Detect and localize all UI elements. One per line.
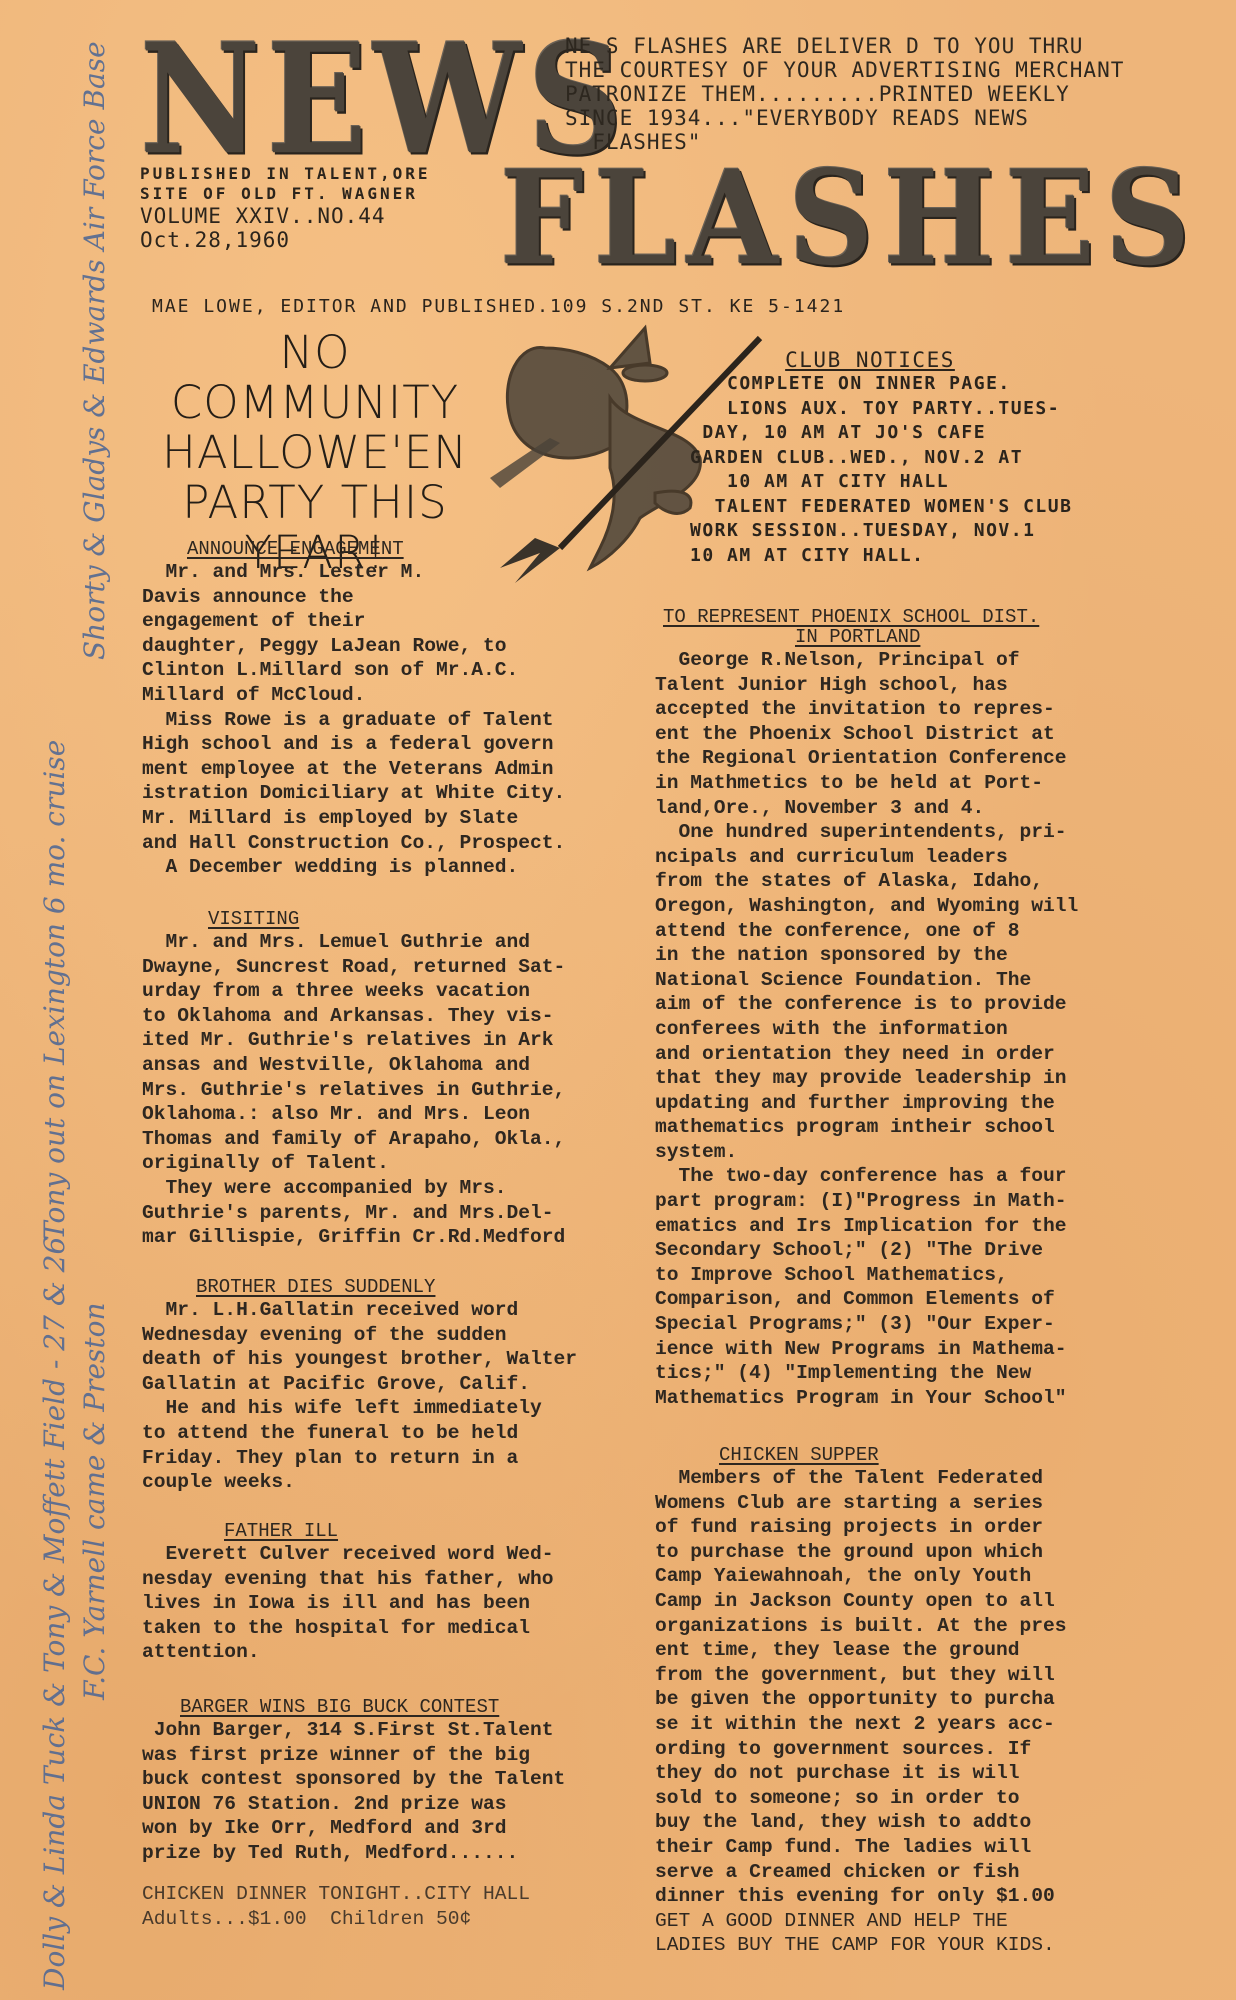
article-line: Camp Yaiewahnoah, the only Youth [655,1564,1067,1589]
article-line: system. [655,1140,1078,1165]
club-notice-line: GARDEN CLUB..WED., NOV.2 AT [690,446,1072,471]
article-title: VISITING [208,908,299,930]
club-notice-line: COMPLETE ON INNER PAGE. [690,372,1072,397]
article-line: to Improve School Mathematics, [655,1263,1078,1288]
club-notice-line: LIONS AUX. TOY PARTY..TUES- [690,397,1072,422]
article-line: Wednesday evening of the sudden [142,1323,577,1348]
article-line: Secondary School;" (2) "The Drive [655,1238,1078,1263]
article-line: Friday. They plan to return in a [142,1446,577,1471]
dinner-notice-prices: Adults...$1.00 Children 50¢ [142,1907,530,1932]
article-title: TO REPRESENT PHOENIX SCHOOL DIST. [663,606,1039,628]
site-line: SITE OF OLD FT. WAGNER [140,184,431,204]
article-title: BARGER WINS BIG BUCK CONTEST [180,1696,499,1718]
article-line: Oklahoma.: also Mr. and Mrs. Leon [142,1102,565,1127]
article-line: ment employee at the Veterans Admin [142,757,565,782]
club-notice-line: TALENT FEDERATED WOMEN'S CLUB [690,495,1072,520]
published-in: PUBLISHED IN TALENT,ORE [140,164,431,184]
editor-line: MAE LOWE, EDITOR AND PUBLISHED.109 S.2ND… [152,296,845,317]
article-line: Mr. and Mrs. Lemuel Guthrie and [142,930,565,955]
article-line: Oregon, Washington, and Wyoming will [655,894,1078,919]
article-line: from the government, but they will [655,1663,1067,1688]
article-line: ansas and Westville, Oklahoma and [142,1053,565,1078]
volume-number: VOLUME XXIV..NO.44 [140,204,431,228]
headline-line: HALLOWE'EN [150,428,480,478]
article-father-ill: FATHER ILL Everett Culver received word … [142,1520,554,1665]
article-line: be given the opportunity to purcha [655,1687,1067,1712]
article-line: LADIES BUY THE CAMP FOR YOUR KIDS. [655,1933,1067,1958]
tagline-line: NE S FLASHES ARE DELIVER D TO YOU THRU [565,34,1124,58]
article-line: organizations is built. At the pres [655,1614,1067,1639]
article-line: He and his wife left immediately [142,1396,577,1421]
tagline-line: THE COURTESY OF YOUR ADVERTISING MERCHAN… [565,58,1124,82]
article-line: ience with New Programs in Mathema- [655,1337,1078,1362]
article-line: Talent Junior High school, has [655,673,1078,698]
article-line: ording to government sources. If [655,1737,1067,1762]
article-line: George R.Nelson, Principal of [655,648,1078,673]
article-line: aim of the conference is to provide [655,992,1078,1017]
article-line: taken to the hospital for medical [142,1616,554,1641]
article-line: to attend the funeral to be held [142,1421,577,1446]
article-line: in the nation sponsored by the [655,943,1078,968]
article-line: ent the Phoenix School District at [655,722,1078,747]
dinner-notice-line: CHICKEN DINNER TONIGHT..CITY HALL [142,1882,530,1907]
article-line: Millard of McCloud. [142,683,565,708]
article-line: dinner this evening for only $1.00 [655,1884,1067,1909]
article-line: and Hall Construction Co., Prospect. [142,831,565,856]
article-line: Davis announce the [142,585,565,610]
article-title: BROTHER DIES SUDDENLY [196,1276,435,1298]
article-phoenix-school: TO REPRESENT PHOENIX SCHOOL DIST. IN POR… [655,606,1078,1410]
handwritten-note-3: F.C. Yarnell came & Preston [78,1200,111,1700]
masthead-tagline: NE S FLASHES ARE DELIVER D TO YOU THRU T… [565,34,1124,154]
handwritten-note-4: Dolly & Linda Tuck & Tony & Moffett Fiel… [38,1290,71,1990]
headline-line: NO COMMUNITY [150,328,480,428]
article-line: they do not purchase it is will [655,1761,1067,1786]
article-line: was first prize winner of the big [142,1743,565,1768]
article-line: part program: (I)"Progress in Math- [655,1189,1078,1214]
article-line: Mathematics Program in Your School" [655,1386,1078,1411]
article-line: tics;" (4) "Implementing the New [655,1361,1078,1386]
article-title: ANNOUNCE ENGAGEMENT [187,538,404,560]
article-line: Thomas and family of Arapaho, Okla., [142,1127,565,1152]
article-line: Comparison, and Common Elements of [655,1287,1078,1312]
club-notice-line: 10 AM AT CITY HALL. [690,544,1072,569]
article-line: originally of Talent. [142,1151,565,1176]
tagline-line: SINCE 1934..."EVERYBODY READS NEWS [565,106,1124,130]
club-notice-line: 10 AM AT CITY HALL [690,470,1072,495]
article-line: John Barger, 314 S.First St.Talent [142,1718,565,1743]
article-line: ent time, they lease the ground [655,1638,1067,1663]
article-line: A December wedding is planned. [142,855,565,880]
article-line: land,Ore., November 3 and 4. [655,796,1078,821]
article-brother-dies: BROTHER DIES SUDDENLY Mr. L.H.Gallatin r… [142,1276,577,1495]
article-chicken-supper: CHICKEN SUPPER Members of the Talent Fed… [655,1444,1067,1958]
article-line: and orientation they need in order [655,1042,1078,1067]
chicken-dinner-notice: CHICKEN DINNER TONIGHT..CITY HALL Adults… [142,1882,530,1931]
article-line: nesday evening that his father, who [142,1567,554,1592]
article-line: GET A GOOD DINNER AND HELP THE [655,1909,1067,1934]
issue-date: Oct.28,1960 [140,228,431,252]
article-line: prize by Ted Ruth, Medford...... [142,1841,565,1866]
article-barger-wins: BARGER WINS BIG BUCK CONTEST John Barger… [142,1696,565,1866]
article-line: to purchase the ground upon which [655,1540,1067,1565]
article-line: their Camp fund. The ladies will [655,1835,1067,1860]
article-line: Mrs. Guthrie's relatives in Guthrie, [142,1078,565,1103]
article-line: Camp in Jackson County open to all [655,1589,1067,1614]
article-line: Mr. L.H.Gallatin received word [142,1298,577,1323]
article-line: that they may provide leadership in [655,1066,1078,1091]
article-title: CHICKEN SUPPER [719,1444,879,1466]
article-line: Gallatin at Pacific Grove, Calif. [142,1372,577,1397]
article-line: Clinton L.Millard son of Mr.A.C. [142,658,565,683]
article-title-line2: IN PORTLAND [795,626,920,648]
article-line: Special Programs;" (3) "Our Exper- [655,1312,1078,1337]
article-line: the Regional Orientation Conference [655,746,1078,771]
article-title: FATHER ILL [224,1520,338,1542]
masthead-title-flashes: FLASHES [500,150,1200,286]
headline-line: PARTY THIS [150,478,480,528]
article-line: attention. [142,1640,554,1665]
article-line: se it within the next 2 years acc- [655,1712,1067,1737]
article-line: sold to someone; so in order to [655,1786,1067,1811]
article-line: Miss Rowe is a graduate of Talent [142,708,565,733]
article-line: from the states of Alaska, Idaho, [655,869,1078,894]
article-line: istration Domiciliary at White City. [142,781,565,806]
article-line: to Oklahoma and Arkansas. They vis- [142,1004,565,1029]
article-line: updating and further improving the [655,1091,1078,1116]
article-line: The two-day conference has a four [655,1164,1078,1189]
publication-info: PUBLISHED IN TALENT,ORE SITE OF OLD FT. … [140,164,431,252]
article-line: urday from a three weeks vacation [142,979,565,1004]
article-line: ncipals and curriculum leaders [655,845,1078,870]
article-visiting: VISITING Mr. and Mrs. Lemuel Guthrie and… [142,908,565,1250]
article-line: Guthrie's parents, Mr. and Mrs.Del- [142,1201,565,1226]
article-line: serve a Creamed chicken or fish [655,1860,1067,1885]
article-line: Womens Club are starting a series [655,1491,1067,1516]
article-line: of fund raising projects in order [655,1515,1067,1540]
article-line: UNION 76 Station. 2nd prize was [142,1792,565,1817]
article-announce-engagement: ANNOUNCE ENGAGEMENT Mr. and Mrs. Lester … [142,538,565,880]
tagline-line: FLASHES" [565,130,1124,154]
article-line: attend the conference, one of 8 [655,919,1078,944]
handwritten-note-1: Shorty & Gladys & Edwards Air Force Base [78,10,111,660]
article-line: Mr. Millard is employed by Slate [142,806,565,831]
article-line: One hundred superintendents, pri- [655,820,1078,845]
article-line: buy the land, they wish to addto [655,1810,1067,1835]
article-line: accepted the invitation to repres- [655,697,1078,722]
club-notices-title: CLUB NOTICES [690,348,1050,372]
article-line: buck contest sponsored by the Talent [142,1767,565,1792]
article-line: Dwayne, Suncrest Road, returned Sat- [142,955,565,980]
article-line: mar Gillispie, Griffin Cr.Rd.Medford [142,1225,565,1250]
article-line: engagement of their [142,609,565,634]
club-notice-line: DAY, 10 AM AT JO'S CAFE [690,421,1072,446]
article-line: National Science Foundation. The [655,968,1078,993]
article-line: daughter, Peggy LaJean Rowe, to [142,634,565,659]
article-line: ited Mr. Guthrie's relatives in Ark [142,1028,565,1053]
article-line: lives in Iowa is ill and has been [142,1591,554,1616]
article-line: Everett Culver received word Wed- [142,1542,554,1567]
article-line: They were accompanied by Mrs. [142,1176,565,1201]
article-line: ematics and Irs Implication for the [655,1214,1078,1239]
article-line: Members of the Talent Federated [655,1466,1067,1491]
article-line: couple weeks. [142,1470,577,1495]
club-notice-line: WORK SESSION..TUESDAY, NOV.1 [690,519,1072,544]
article-line: mathematics program intheir school [655,1115,1078,1140]
article-line: death of his youngest brother, Walter [142,1347,577,1372]
article-line: High school and is a federal govern [142,732,565,757]
club-notices: CLUB NOTICES COMPLETE ON INNER PAGE. LIO… [690,348,1072,568]
handwritten-note-2: Tony out on Lexington 6 mo. cruise [38,640,71,1240]
article-line: won by Ike Orr, Medford and 3rd [142,1816,565,1841]
article-line: conferees with the information [655,1017,1078,1042]
article-line: Mr. and Mrs. Lester M. [142,560,565,585]
tagline-line: PATRONIZE THEM.........PRINTED WEEKLY [565,82,1124,106]
article-line: in Mathmetics to be held at Port- [655,771,1078,796]
